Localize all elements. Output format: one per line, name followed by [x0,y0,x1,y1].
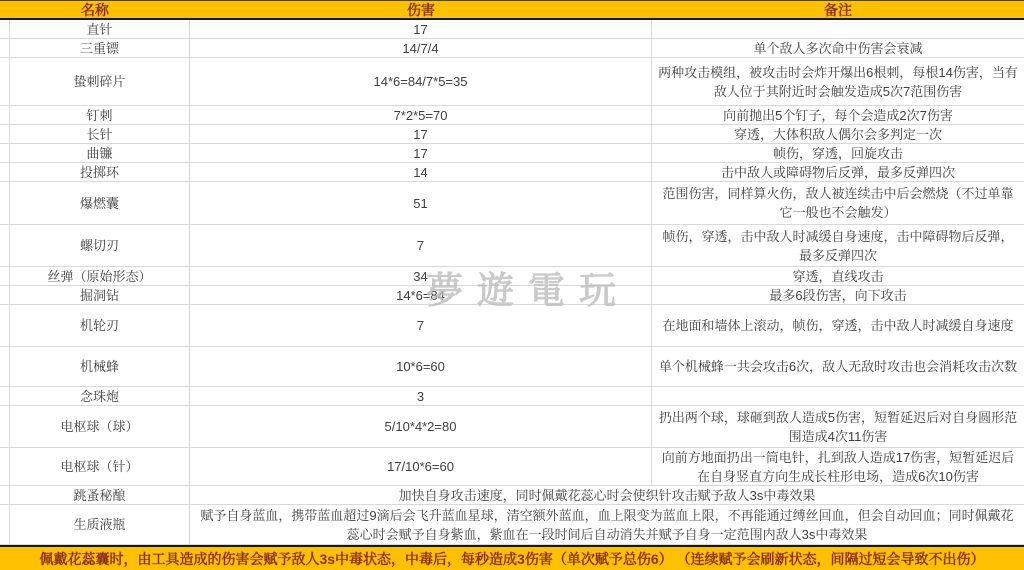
table-row: 念珠炮 3 [0,387,1024,406]
name-cell: 投掷环 [10,163,190,181]
name-cell: 钉刺 [10,106,190,124]
note-cell: 范围伤害，同样算火伤，敌人被连续击中后会燃烧（不过单靠它一般也不会触发） [652,182,1024,224]
name-cell: 电枢球（球） [10,406,190,447]
name-cell: 曲镰 [10,144,190,162]
spacer-cell [0,106,10,124]
spacer-cell [0,448,10,485]
table-row: 曲镰 17 帧伤，穿透，回旋攻击 [0,144,1024,163]
name-cell: 生质液瓶 [10,505,190,544]
header-note: 备注 [652,1,1024,18]
table-row: 长针 17 穿透，大体积敌人偶尔会多判定一次 [0,125,1024,144]
name-cell: 机轮刃 [10,305,190,346]
name-cell: 蛰刺碎片 [10,58,190,105]
spacer-cell [0,406,10,447]
damage-cell: 14/7/4 [190,39,652,57]
damage-cell: 3 [190,387,652,405]
damage-cell: 14*6=84 [190,286,652,304]
name-cell: 三重镖 [10,39,190,57]
damage-cell: 17 [190,20,652,38]
damage-cell: 17/10*6=60 [190,448,652,485]
note-cell: 单个敌人多次命中伤害会衰减 [652,39,1024,57]
damage-cell: 17 [190,144,652,162]
note-cell: 穿透，直线攻击 [652,267,1024,285]
table-row: 螺切刃 7 帧伤，穿透，击中敌人时减缓自身速度，击中障碍物后反弹，最多反弹四次 [0,225,1024,267]
spacer-cell [0,39,10,57]
footer-banner: 佩戴花蕊囊时，由工具造成的伤害会赋予敌人3s中毒状态，中毒后，每秒造成3伤害（单… [0,545,1024,570]
damage-cell: 7*2*5=70 [190,106,652,124]
spacer-cell [0,20,10,38]
note-cell: 击中敌人或障碍物后反弹，最多反弹四次 [652,163,1024,181]
spacer-cell [0,225,10,266]
table-row-merged: 跳蚤秘酿 加快自身攻击速度，同时佩戴花蕊心时会使织针攻击赋予敌人3s中毒效果 [0,486,1024,505]
name-cell: 螺切刃 [10,225,190,266]
name-cell: 爆燃囊 [10,182,190,224]
spacer-cell [0,486,10,504]
spacer-cell [0,182,10,224]
spacer-cell [0,387,10,405]
name-cell: 丝弹（原始形态） [10,267,190,285]
damage-cell: 34 [190,267,652,285]
damage-cell: 17 [190,125,652,143]
note-cell [652,20,1024,38]
spacer-cell [0,347,10,386]
note-cell: 穿透，大体积敌人偶尔会多判定一次 [652,125,1024,143]
table-row: 机轮刃 7 在地面和墙体上滚动，帧伤，穿透，击中敌人时减缓自身速度 [0,305,1024,347]
note-cell: 向前方地面扔出一筒电针，扎到敌人造成17伤害，短暂延迟后在自身竖直方向生成长柱形… [652,448,1024,485]
name-cell: 直针 [10,20,190,38]
damage-cell: 7 [190,305,652,346]
spacer-cell [0,144,10,162]
name-cell: 电枢球（针） [10,448,190,485]
spacer-cell [0,58,10,105]
name-cell: 跳蚤秘酿 [10,486,190,504]
name-cell: 机械蜂 [10,347,190,386]
name-cell: 长针 [10,125,190,143]
damage-cell: 51 [190,182,652,224]
damage-cell: 14 [190,163,652,181]
table-row: 蛰刺碎片 14*6=84/7*5=35 两种攻击模组，被攻击时会炸开爆出6根刺，… [0,58,1024,106]
note-cell: 在地面和墙体上滚动，帧伤，穿透，击中敌人时减缓自身速度 [652,305,1024,346]
table-header-row: 名称 伤害 备注 [0,0,1024,20]
table-row: 电枢球（球） 5/10*4*2=80 扔出两个球，球砸到敌人造成5伤害，短暂延迟… [0,406,1024,448]
table-row: 机械蜂 10*6=60 单个机械蜂一共会攻击6次，敌人无敌时攻击也会消耗攻击次数 [0,347,1024,387]
damage-cell: 14*6=84/7*5=35 [190,58,652,105]
merged-note-cell: 赋予自身蓝血，携带蓝血超过9滴后会飞升蓝血星球，清空额外蓝血，血上限变为蓝血上限… [190,505,1024,544]
table-row: 爆燃囊 51 范围伤害，同样算火伤，敌人被连续击中后会燃烧（不过单靠它一般也不会… [0,182,1024,225]
table-row: 投掷环 14 击中敌人或障碍物后反弹，最多反弹四次 [0,163,1024,182]
spacer-cell [0,163,10,181]
note-cell: 帧伤，穿透，击中敌人时减缓自身速度，击中障碍物后反弹，最多反弹四次 [652,225,1024,266]
name-cell: 念珠炮 [10,387,190,405]
note-cell: 帧伤，穿透，回旋攻击 [652,144,1024,162]
table-row: 钉刺 7*2*5=70 向前抛出5个钉子，每个会造成2次7伤害 [0,106,1024,125]
merged-note-cell: 加快自身攻击速度，同时佩戴花蕊心时会使织针攻击赋予敌人3s中毒效果 [190,486,1024,504]
spacer-cell [0,125,10,143]
header-damage: 伤害 [190,1,652,18]
note-cell: 最多6段伤害，向下攻击 [652,286,1024,304]
spacer-cell [0,267,10,285]
note-cell: 向前抛出5个钉子，每个会造成2次7伤害 [652,106,1024,124]
note-cell: 单个机械蜂一共会攻击6次，敌人无敌时攻击也会消耗攻击次数 [652,347,1024,386]
table-row: 丝弹（原始形态） 34 穿透，直线攻击 [0,267,1024,286]
table-row: 电枢球（针） 17/10*6=60 向前方地面扔出一筒电针，扎到敌人造成17伤害… [0,448,1024,486]
damage-cell: 5/10*4*2=80 [190,406,652,447]
tools-damage-table: 名称 伤害 备注 直针 17 三重镖 14/7/4 单个敌人多次命中伤害会衰减 … [0,0,1024,570]
table-row: 直针 17 [0,20,1024,39]
note-cell [652,387,1024,405]
table-row: 掘洞钻 14*6=84 最多6段伤害，向下攻击 [0,286,1024,305]
header-name: 名称 [0,1,190,18]
table-row-merged: 生质液瓶 赋予自身蓝血，携带蓝血超过9滴后会飞升蓝血星球，清空额外蓝血，血上限变… [0,505,1024,545]
note-cell: 两种攻击模组，被攻击时会炸开爆出6根刺，每根14伤害，当有敌人位于其附近时会触发… [652,58,1024,105]
table-row: 三重镖 14/7/4 单个敌人多次命中伤害会衰减 [0,39,1024,58]
note-cell: 扔出两个球，球砸到敌人造成5伤害，短暂延迟后对自身圆形范围造成4次11伤害 [652,406,1024,447]
spacer-cell [0,505,10,544]
damage-cell: 10*6=60 [190,347,652,386]
name-cell: 掘洞钻 [10,286,190,304]
spacer-cell [0,305,10,346]
spacer-cell [0,286,10,304]
damage-cell: 7 [190,225,652,266]
